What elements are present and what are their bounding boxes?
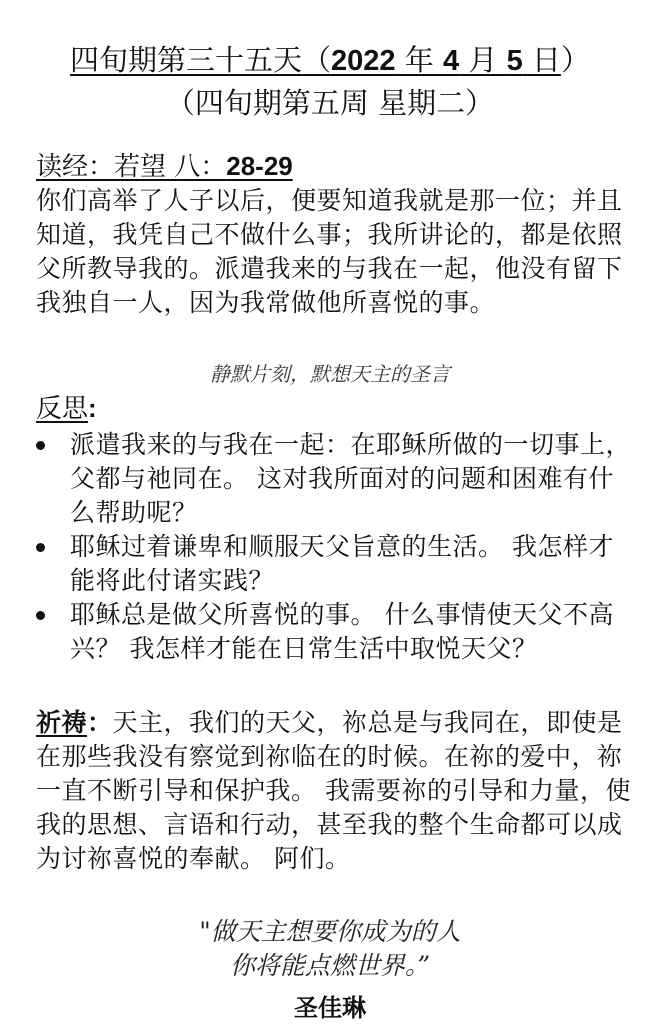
prayer-colon: ： <box>87 708 113 737</box>
reflection-label: 反思 <box>36 394 88 424</box>
quote-line-1: "做天主想要你成为的人 <box>0 915 660 949</box>
quote: "做天主想要你成为的人 你将能点燃世界。” <box>0 915 660 983</box>
bullet-icon <box>36 611 45 620</box>
list-item: 派遣我来的与我在一起：在耶稣所做的一切事上，父都与祂同在。 这对我所面对的问题和… <box>36 428 636 530</box>
title-day-unit: 日 <box>523 43 561 77</box>
title-year-unit: 年 <box>396 43 443 77</box>
reflection-item-text: 派遣我来的与我在一起：在耶稣所做的一切事上，父都与祂同在。 这对我所面对的问题和… <box>70 430 631 527</box>
reflection-heading: 反思: <box>36 392 97 425</box>
silence-note: 静默片刻，默想天主的圣言 <box>0 358 660 387</box>
quote-author: 圣佳琳 <box>0 988 660 1023</box>
list-item: 耶稣过着谦卑和顺服天父旨意的生活。 我怎样才能将此付诸实践？ <box>36 530 636 598</box>
page-subtitle: （四旬期第五周 星期二） <box>0 85 660 121</box>
prayer-label: 祈祷 <box>36 708 87 737</box>
reading-label: 读经：若望 八： <box>36 152 226 182</box>
list-item: 耶稣总是做父所喜悦的事。 什么事情使天父不高兴？ 我怎样才能在日常生活中取悦天父… <box>36 598 636 666</box>
reading-heading-underlined: 读经：若望 八：28-29 <box>36 152 293 182</box>
bullet-icon <box>36 441 45 450</box>
reflection-item-text: 耶稣过着谦卑和顺服天父旨意的生活。 我怎样才能将此付诸实践？ <box>70 532 614 595</box>
reading-text: 你们高举了人子以后，便要知道我就是那一位；并且知道，我凭自己不做什么事；我所讲论… <box>36 184 636 320</box>
reflection-list: 派遣我来的与我在一起：在耶稣所做的一切事上，父都与祂同在。 这对我所面对的问题和… <box>36 428 636 666</box>
title-month: 4 <box>443 45 459 77</box>
title-suffix: ） <box>561 43 590 77</box>
devotional-page: 四旬期第三十五天（2022 年 4 月 5 日） （四旬期第五周 星期二） 读经… <box>0 0 660 1024</box>
title-prefix: 四旬期第三十五天（ <box>70 43 331 77</box>
reflection-colon: : <box>88 393 97 423</box>
reading-heading: 读经：若望 八：28-29 <box>36 150 293 183</box>
bullet-icon <box>36 543 45 552</box>
title-year: 2022 <box>331 45 396 77</box>
title-underlined: 四旬期第三十五天（2022 年 4 月 5 日 <box>70 43 561 77</box>
reading-verses: 28-29 <box>226 151 293 181</box>
quote-line-2: 你将能点燃世界。” <box>0 949 660 983</box>
prayer-section: 祈祷：天主，我们的天父，祢总是与我同在，即使是在那些我没有察觉到祢临在的时候。在… <box>36 706 636 876</box>
page-title: 四旬期第三十五天（2022 年 4 月 5 日） <box>0 42 660 79</box>
title-day: 5 <box>507 45 523 77</box>
prayer-text: 天主，我们的天父，祢总是与我同在，即使是在那些我没有察觉到祢临在的时候。在祢的爱… <box>36 708 631 873</box>
reflection-item-text: 耶稣总是做父所喜悦的事。 什么事情使天父不高兴？ 我怎样才能在日常生活中取悦天父… <box>70 600 614 663</box>
title-month-unit: 月 <box>459 43 506 77</box>
